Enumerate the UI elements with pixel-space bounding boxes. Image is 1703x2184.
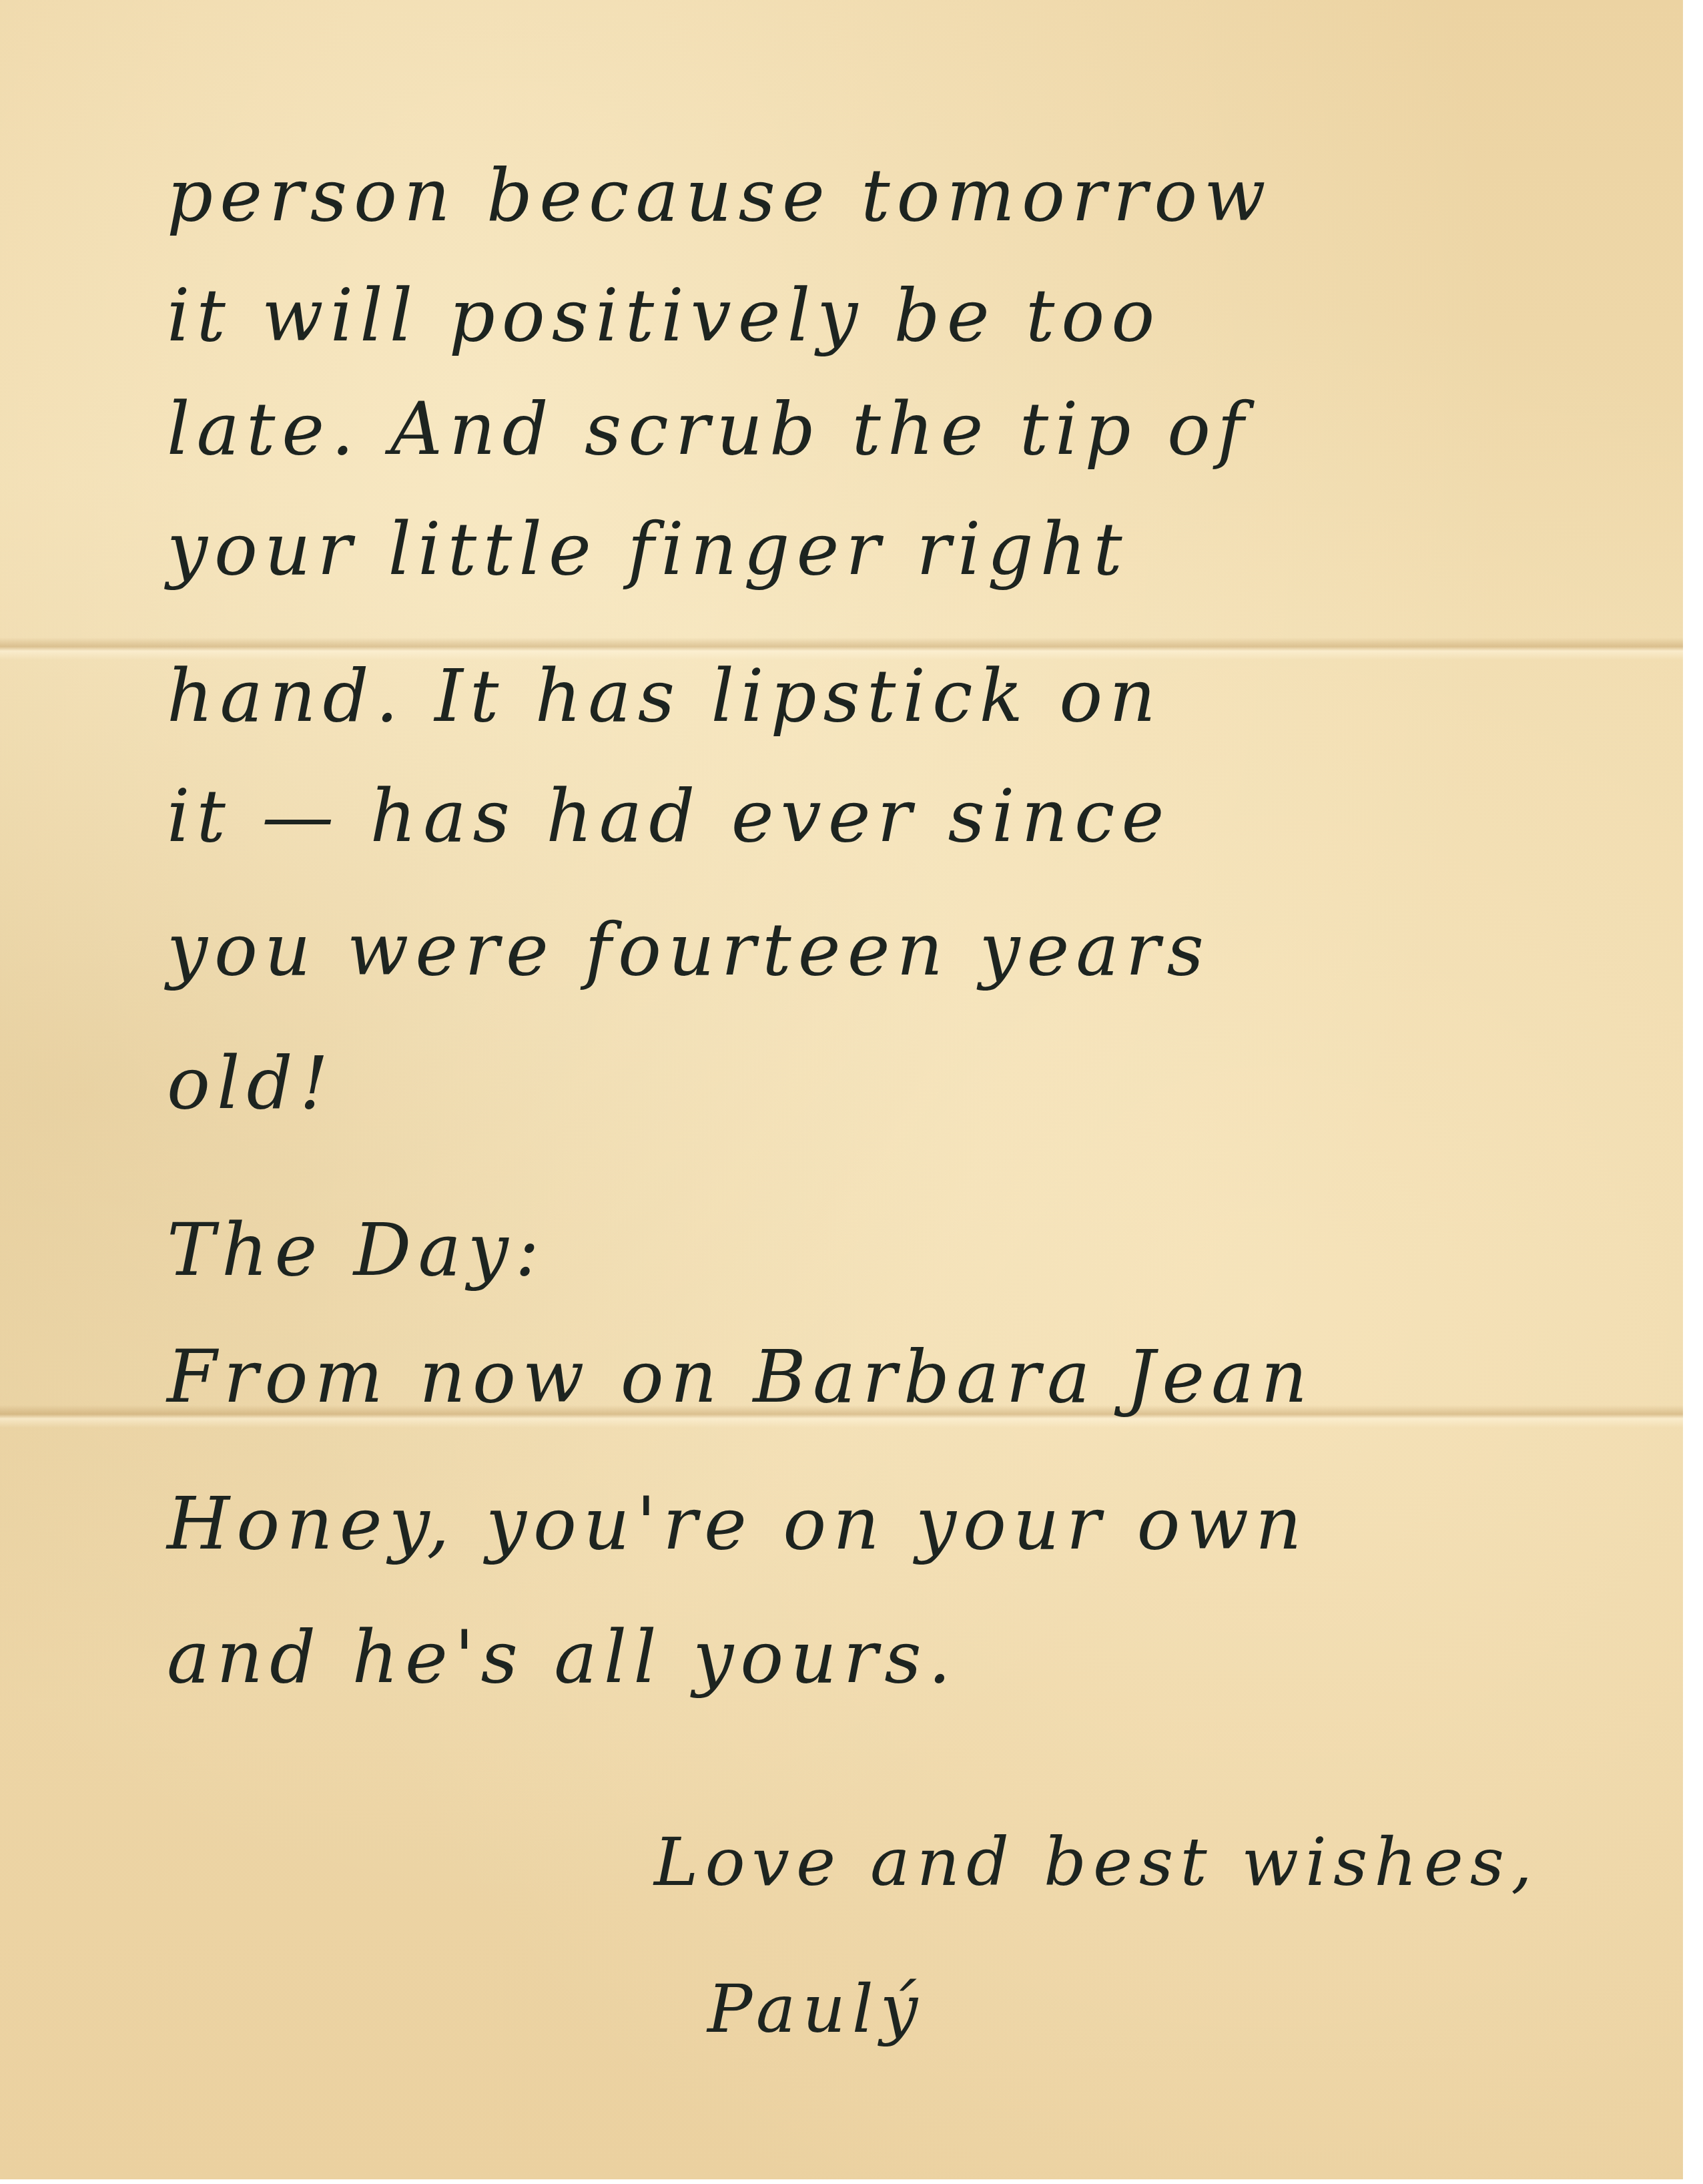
letter-line: From now on Barbara Jean	[167, 1342, 1314, 1414]
letter-closing: Love and best wishes,	[654, 1829, 1539, 1896]
letter-line: you were fourteen years	[167, 914, 1211, 987]
letter-signature: Paulý	[707, 1976, 924, 2042]
letter-line: your little finger right	[167, 514, 1129, 586]
letter-heading: The Day:	[167, 1215, 546, 1287]
letter-line: old!	[167, 1048, 335, 1120]
letter-paper: person because tomorrow it will positive…	[0, 0, 1683, 2179]
letter-line: person because tomorrow	[167, 160, 1273, 232]
letter-line: hand. It has lipstick on	[167, 661, 1162, 733]
letter-line: Honey, you're on your own	[167, 1488, 1309, 1561]
letter-line: it — has had ever since	[167, 781, 1170, 853]
letter-line: it will positively be too	[167, 280, 1161, 352]
letter-line: and he's all yours.	[167, 1622, 958, 1694]
letter-line: late. And scrub the tip of	[167, 394, 1251, 466]
